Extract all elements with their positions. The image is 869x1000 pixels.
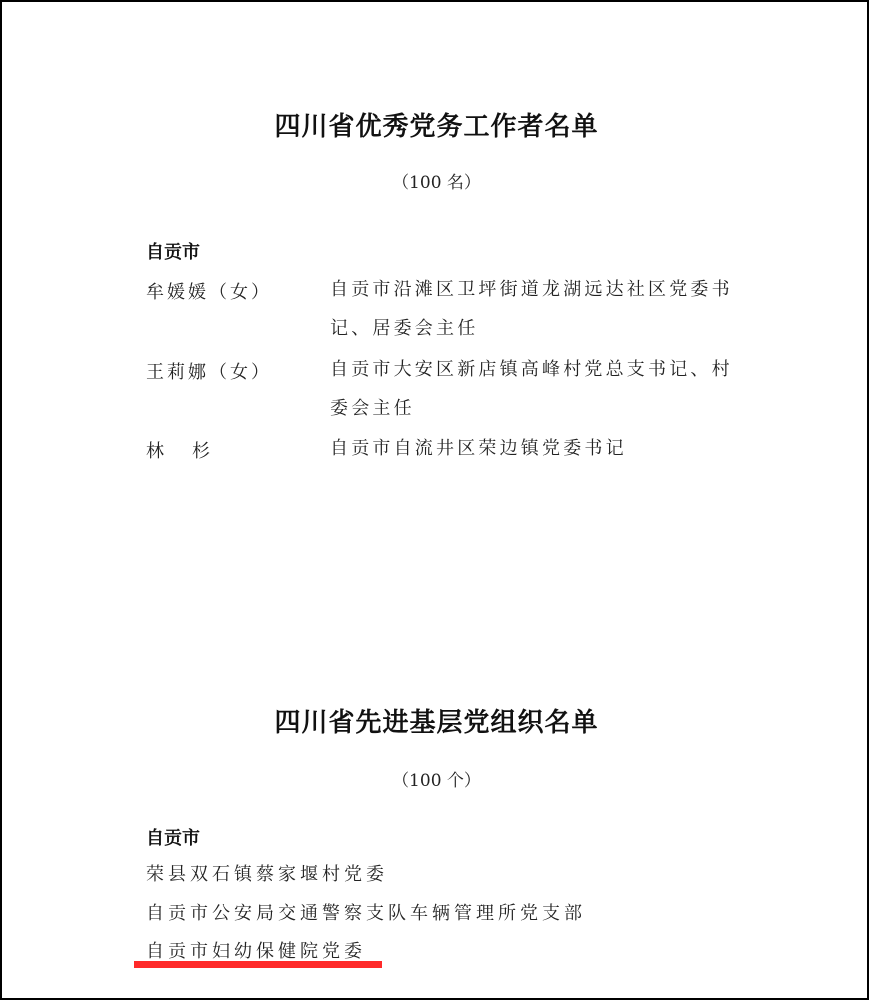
section2-city-heading: 自贡市 bbox=[146, 824, 200, 850]
organization-item: 荣县双石镇蔡家堰村党委 bbox=[146, 860, 388, 886]
person-description: 自贡市大安区新店镇高峰村党总支书记、村委会主任 bbox=[330, 350, 750, 428]
organization-item: 自贡市公安局交通警察支队车辆管理所党支部 bbox=[146, 899, 586, 925]
person-description: 自贡市沿滩区卫坪街道龙湖远达社区党委书记、居委会主任 bbox=[330, 270, 750, 348]
section1-title: 四川省优秀党务工作者名单 bbox=[2, 106, 869, 143]
section1-city-heading: 自贡市 bbox=[146, 238, 200, 264]
section2-count: （100 个） bbox=[2, 766, 869, 791]
section1-count: （100 名） bbox=[2, 168, 869, 193]
person-name: 牟媛媛（女） bbox=[146, 278, 272, 304]
red-highlight-underline bbox=[134, 961, 382, 968]
person-name: 林杉 bbox=[146, 437, 238, 463]
person-description: 自贡市自流井区荣边镇党委书记 bbox=[330, 429, 750, 468]
organization-item-highlighted: 自贡市妇幼保健院党委 bbox=[146, 937, 366, 963]
person-name: 王莉娜（女） bbox=[146, 358, 272, 384]
document-frame: 四川省优秀党务工作者名单 （100 名） 自贡市 牟媛媛（女） 自贡市沿滩区卫坪… bbox=[0, 0, 869, 1000]
section2-title: 四川省先进基层党组织名单 bbox=[2, 702, 869, 739]
